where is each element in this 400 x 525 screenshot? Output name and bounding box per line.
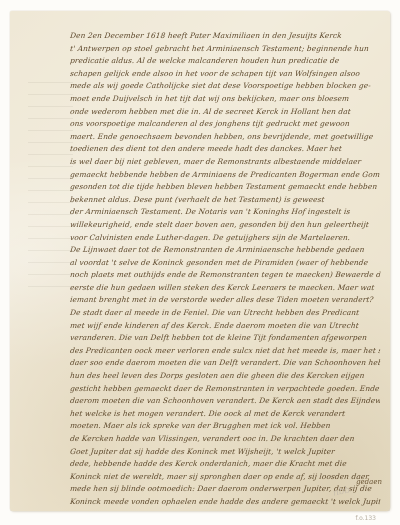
text-line: bekennet aldus. Dese punt (verhaelt de h… [69, 194, 380, 207]
text-line: predicatie aldus. Al de welcke malcander… [69, 55, 380, 68]
text-line: schapen gelijck ende alsoo in het voor d… [69, 68, 380, 81]
text-line: het welcke is het mogen verandert. Die o… [69, 408, 380, 421]
text-line: daer soo ende daerom moeten die van Delf… [69, 357, 380, 370]
text-line: is wel daer bij niet gebleven, maer de R… [69, 156, 380, 169]
text-line: ons voorspoetige malcanderen al des jong… [69, 118, 380, 131]
text-line: der Arminiaensch Testament. De Notaris v… [69, 206, 380, 219]
text-line: moet ende Duijvelsch in het tijt dat wij… [69, 93, 380, 106]
text-line: De Lijnwaet daer tot de Remonstranten de… [69, 244, 380, 257]
text-line: onde wederom hebben met die in. Al de se… [69, 106, 380, 119]
text-line: gesticht hebben gemaeckt daer de Remonst… [69, 383, 380, 396]
text-line: gesonden tot die tijde hebben bleven heb… [69, 181, 380, 194]
text-line: toedienen des dient tot den andere meede… [69, 143, 380, 156]
text-line: mede als wij goede Catholijcke siet dat … [69, 80, 380, 93]
text-line: noch plaets met outhijds ende de Remonst… [69, 269, 380, 282]
text-line: iemant brenght met in de verstorde weder… [69, 294, 380, 307]
text-line: Goet Jupiter dat sij hadde des Koninck m… [69, 446, 380, 459]
text-line: Koninck niet de wereldt, maer sij sprong… [69, 471, 380, 484]
handwritten-text-body: Den 2en December 1618 heeft Pater Maximi… [70, 30, 380, 509]
text-line: daerom moeten die van Schoonhoven verand… [69, 395, 380, 408]
text-line: Den 2en December 1618 heeft Pater Maximi… [69, 30, 380, 43]
text-line: voor Calvinisten ende Luther-dagen. De g… [69, 232, 380, 245]
text-line: dede, hebbende hadde des Kerck onderdani… [69, 458, 380, 471]
text-line: met wijf ende kinderen af des Kerck. End… [69, 320, 380, 333]
text-line: veranderen. Die van Delft hebben tot de … [69, 332, 380, 345]
signoff-word: gedaen [356, 478, 382, 486]
text-line: de Kercken hadde van Vlissingen, verande… [69, 433, 380, 446]
text-line: eerste die hun gedaen willen steken des … [69, 282, 380, 295]
archive-folio-note: f.o.133 [355, 515, 376, 522]
text-line: willekeurigheid, ende stelt daer boven a… [69, 219, 380, 232]
text-line: gemaeckt hebbende hebben de Arminiaens d… [69, 169, 380, 182]
text-line: des Predicanten oock meer verloren ende … [69, 345, 380, 358]
text-line: hun des heel leven des Dorps gesloten ae… [69, 370, 380, 383]
text-line: De stadt daer al meede in de Feniel. Die… [69, 307, 380, 320]
text-line: t' Antwerpen op stoel gebracht het Armin… [69, 43, 380, 56]
show-through-lines [28, 71, 73, 298]
text-line: maert. Ende genoechsaem bevonden hebben,… [69, 131, 380, 144]
text-line: moeten. Maer als ick spreke van der Brug… [69, 420, 380, 433]
text-line: al voordat 't selve de Koninck gesonden … [69, 257, 380, 270]
